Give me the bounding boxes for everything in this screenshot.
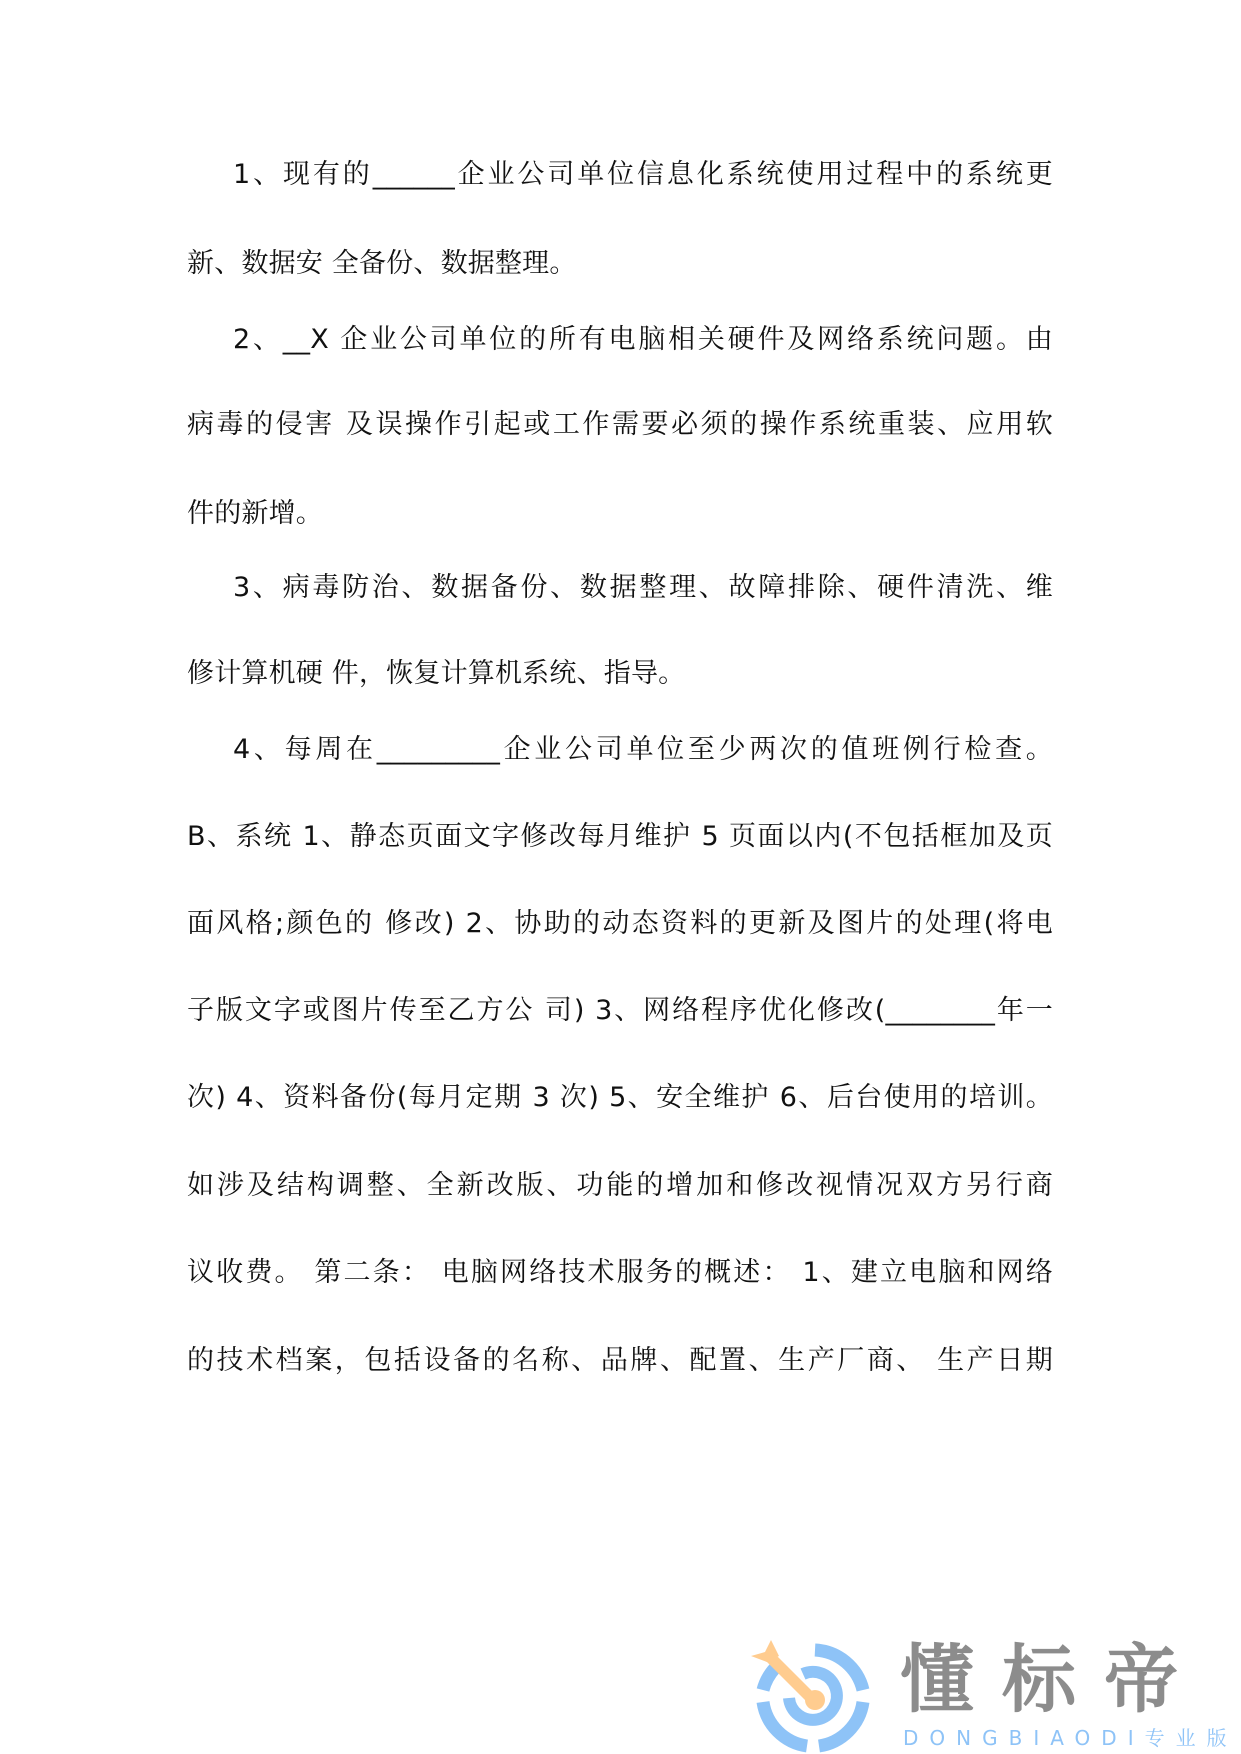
watermark-subtitle: DONGBIAODI专业版 [903, 1726, 1238, 1750]
text-line: 修计算机硬 件，恢复计算机系统、指导。 [187, 654, 1053, 694]
target-arrow-icon [745, 1628, 875, 1754]
text-line: B、系统 1、静态页面文字修改每月维护 5 页面以内(不包括框加及页 [187, 817, 1053, 857]
text-line: 病毒的侵害 及误操作引起或工作需要必须的操作系统重装、应用软 [187, 405, 1053, 445]
watermark-title: 懂标帝 [900, 1638, 1206, 1722]
text-line: 次) 4、资料备份(每月定期 3 次) 5、安全维护 6、后台使用的培训。 [187, 1078, 1053, 1118]
text-line: 4、每周在_________企业公司单位至少两次的值班例行检查。 [187, 730, 1053, 770]
text-line: 2、__X 企业公司单位的所有电脑相关硬件及网络系统问题。由 [187, 320, 1053, 360]
text-line: 件的新增。 [187, 494, 1053, 534]
text-line: 子版文字或图片传至乙方公 司) 3、网络程序优化修改(________年一 [187, 991, 1053, 1031]
text-line: 议收费。 第二条： 电脑网络技术服务的概述： 1、建立电脑和网络 [187, 1253, 1053, 1293]
text-line: 的技术档案，包括设备的名称、品牌、配置、生产厂商、 生产日期 [187, 1341, 1053, 1381]
text-line: 面风格;颜色的 修改) 2、协助的动态资料的更新及图片的处理(将电 [187, 904, 1053, 944]
text-line: 1、现有的______企业公司单位信息化系统使用过程中的系统更 [187, 155, 1053, 195]
text-line: 3、病毒防治、数据备份、数据整理、故障排除、硬件清洗、维 [187, 568, 1053, 608]
text-line: 如涉及结构调整、全新改版、功能的增加和修改视情况双方另行商 [187, 1166, 1053, 1206]
watermark-logo: 懂标帝 DONGBIAODI专业版 [745, 1628, 1215, 1754]
text-line: 新、数据安 全备份、数据整理。 [187, 244, 1053, 284]
